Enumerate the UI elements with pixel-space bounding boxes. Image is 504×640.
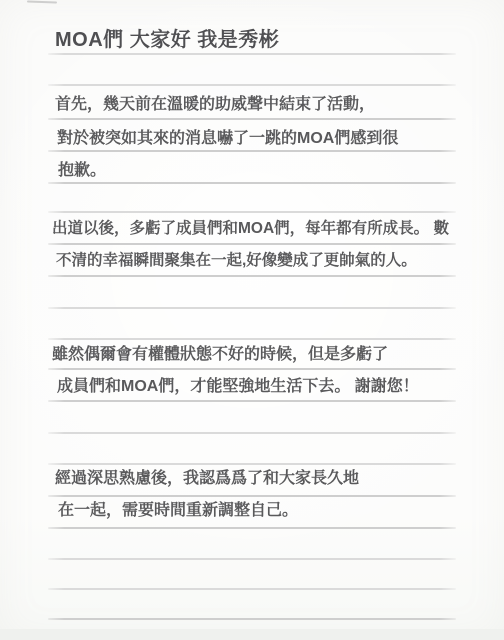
ruled-line xyxy=(48,368,456,370)
ruled-line xyxy=(48,432,456,434)
ruled-line xyxy=(48,150,456,152)
letter-line: 經過深思熟慮後，我認爲爲了和大家長久地 xyxy=(55,469,359,488)
ruled-line xyxy=(48,182,456,184)
ruled-line xyxy=(48,243,456,245)
ruled-line xyxy=(48,338,456,340)
letter-line: 不清的幸福瞬間聚集在一起,好像變成了更帥氣的人。 xyxy=(56,251,417,270)
letter-title: MOA們 大家好 我是秀彬 xyxy=(55,29,279,52)
ruled-line xyxy=(48,118,456,120)
letter-line: 對於被突如其來的消息嚇了一跳的MOA們感到很 xyxy=(57,129,398,148)
paper-scratch-mark xyxy=(27,0,57,3)
ruled-line xyxy=(48,307,456,309)
letter-line: 出道以後，多虧了成員們和MOA們，每年都有所成長。 數 xyxy=(52,219,449,238)
ruled-line xyxy=(48,53,456,55)
letter-line: 首先，幾天前在溫暖的助威聲中結束了活動， xyxy=(55,95,375,114)
letter-line: 雖然偶爾會有權體狀態不好的時候，但是多虧了 xyxy=(52,345,388,364)
ruled-line xyxy=(48,275,456,277)
letter-line: 在一起，需要時間重新調整自己。 xyxy=(58,501,298,520)
letter-page: MOA們 大家好 我是秀彬 首先，幾天前在溫暖的助威聲中結束了活動， 對於被突如… xyxy=(0,0,504,640)
ruled-line xyxy=(48,400,456,402)
ruled-line xyxy=(48,84,456,86)
ruled-line xyxy=(48,618,456,620)
ruled-line xyxy=(48,211,456,213)
ruled-line xyxy=(48,588,456,590)
ruled-line xyxy=(48,495,456,497)
ruled-line xyxy=(48,463,456,465)
ruled-line xyxy=(48,558,456,560)
letter-line: 抱歉。 xyxy=(58,161,106,180)
letter-line: 成員們和MOA們，才能堅強地生活下去。 謝謝您！ xyxy=(57,377,419,396)
ruled-line xyxy=(48,527,456,529)
photo-bottom-edge xyxy=(0,629,504,640)
